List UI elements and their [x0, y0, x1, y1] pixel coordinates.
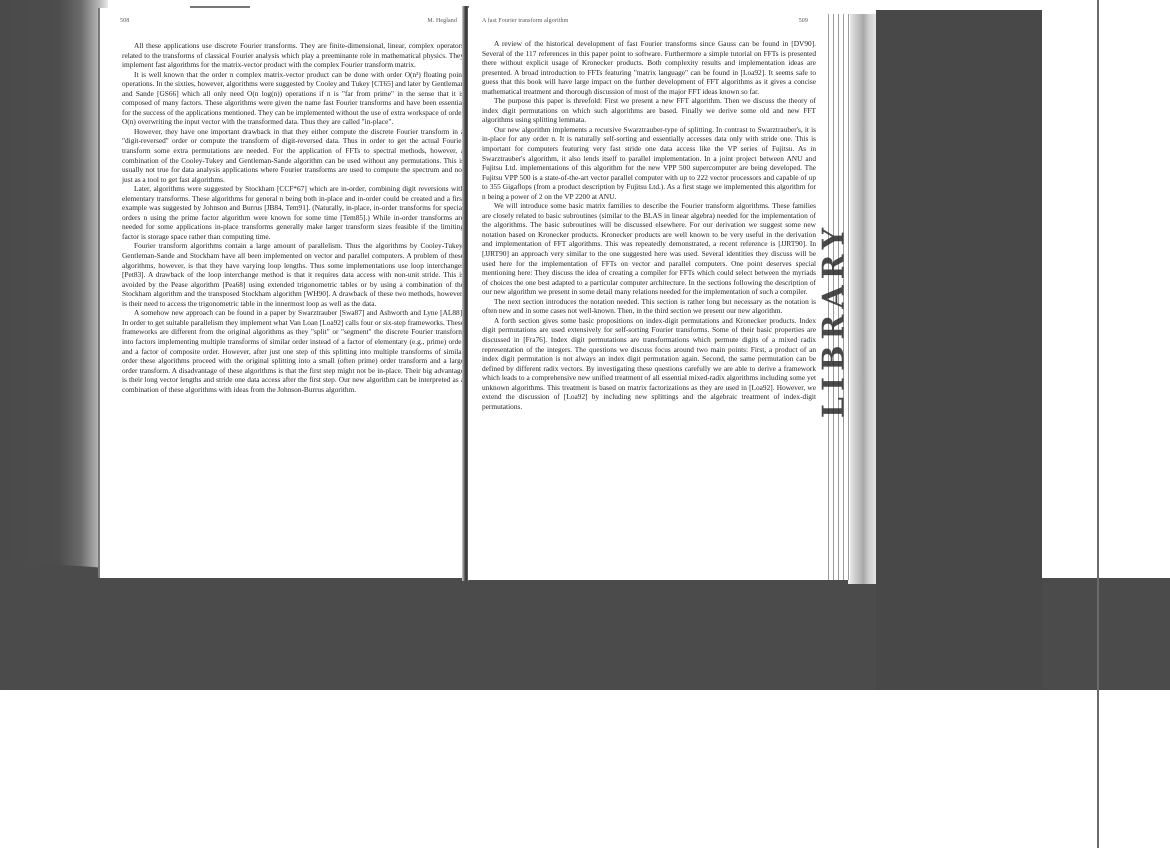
paragraph: All these applications use discrete Four… [122, 41, 464, 70]
paragraph: A review of the historical development o… [482, 39, 816, 96]
right-page: A fast Fourier transform algorithm 509 A… [468, 8, 824, 580]
scanner-edge-line [1097, 0, 1099, 848]
paragraph: Our new algorithm implements a recursive… [482, 125, 816, 201]
right-page-body: A review of the historical development o… [482, 39, 816, 411]
left-page-body: All these applications use discrete Four… [122, 41, 464, 394]
book-spine-edge [848, 14, 876, 584]
paragraph: The next section introduces the notation… [482, 297, 816, 316]
paragraph: Fourier transform algorithms contain a l… [122, 241, 464, 308]
left-page: 508 M. Hegland All these applications us… [98, 8, 465, 578]
scanner-background-right [876, 10, 1042, 690]
running-head-author: M. Hegland [427, 18, 457, 24]
paragraph: The purpose this paper is threefold: Fir… [482, 96, 816, 125]
paragraph: We will introduce some basic matrix fami… [482, 201, 816, 296]
page-number: 509 [799, 18, 808, 24]
paragraph: Later, algorithms were suggested by Stoc… [122, 184, 464, 241]
library-stamp-text: LIBRARY [817, 222, 852, 418]
paragraph: A somehow new approach can be found in a… [122, 308, 464, 394]
paragraph: However, they have one important drawbac… [122, 127, 464, 184]
library-stamp: LIBRARY [822, 150, 846, 490]
paragraph: A forth section gives some basic proposi… [482, 316, 816, 411]
page-number: 508 [120, 18, 129, 24]
paragraph: It is well known that the order n comple… [122, 70, 464, 127]
running-head-title: A fast Fourier transform algorithm [482, 18, 568, 24]
